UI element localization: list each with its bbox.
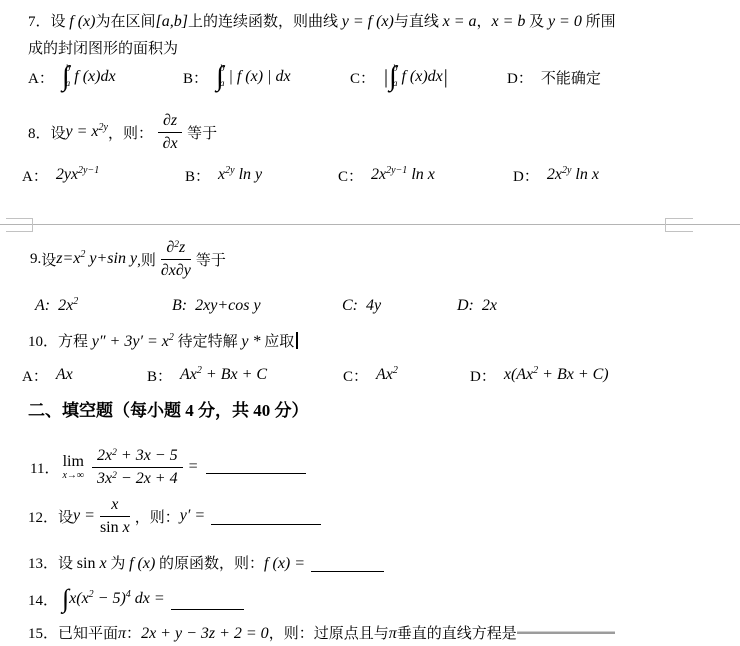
upper-limit: b [393, 65, 398, 75]
abs-bar: | [384, 66, 388, 89]
math-text: f (x) = [264, 555, 305, 572]
text: 设 [58, 506, 73, 527]
math-base: 3x [97, 470, 112, 487]
upper-limit: b [66, 65, 71, 75]
answer-blank [211, 524, 321, 525]
text: ，则： [108, 122, 153, 143]
option-label: A： [28, 67, 54, 88]
denominator: 3x2 − 2x + 4 [92, 468, 183, 488]
math-mid: − 5) [94, 590, 126, 607]
q9-option-b: B: 2xy+cos y [172, 293, 261, 319]
q15-stem: 15．已知平面π：2x + y − 3z + 2 = 0，则：过原点且与π垂直的… [28, 622, 615, 643]
abs-bar: | [444, 66, 448, 89]
denominator: ∂x∂y [161, 260, 191, 280]
q9-stem: 9. 设 z=x2 y+sin y ,则 ∂2z∂x∂y 等于 [30, 236, 226, 282]
q7-stem-line1: 7．设 f (x)为在区间[a,b]上的连续函数，则曲线 y = f (x)与直… [28, 10, 616, 31]
math-text: x = a [443, 13, 477, 30]
math-base: x [99, 555, 106, 572]
math-text: y = x2y [66, 123, 108, 141]
integral-limits: ba [66, 65, 71, 89]
fraction: ∂z∂x [158, 111, 182, 152]
math-text: 2x2y ln x [547, 166, 599, 184]
math-text: x2y ln y [218, 166, 262, 184]
text: 为 [107, 556, 130, 572]
math-text: x(x2 − 5)4 dx = [69, 590, 165, 608]
math-text: f (x) [129, 555, 155, 572]
text: ，则： [135, 506, 180, 527]
q10-option-c: C： Ax2 [343, 362, 398, 388]
numerator: x [100, 495, 130, 516]
text: ： [126, 626, 141, 642]
q8-option-c: C： 2x2y−1 ln x [338, 162, 435, 188]
lower-limit: a [66, 80, 71, 90]
option-label: A： [22, 365, 48, 386]
math-text: 4y [366, 297, 381, 315]
numerator: ∂z [158, 111, 182, 132]
math-text: f (x) [69, 13, 95, 30]
q9-number: 9. [30, 251, 41, 268]
superscript: 2 [533, 365, 538, 376]
math-text: z=x2 y+sin y [56, 250, 137, 268]
superscript: 2 [73, 296, 78, 307]
math-text: f (x)dx [74, 68, 115, 86]
text: 与直线 [394, 14, 443, 30]
q7-option-a: A： ∫ ba f (x)dx [28, 60, 116, 94]
math-tail: + 3x − 5 [117, 447, 178, 464]
superscript: 4 [126, 589, 131, 600]
math-text: sin x [77, 555, 107, 572]
superscript: 2y [99, 122, 108, 133]
q14-stem: 14． ∫ x(x2 − 5)4 dx = [28, 582, 244, 616]
option-label: D: [457, 297, 474, 315]
text: ,则 [137, 249, 156, 270]
text: 已知平面 [58, 626, 118, 642]
text: 成的封闭图形的面积为 [28, 41, 178, 57]
math-text: y * [241, 333, 260, 350]
math-base: Ax [56, 366, 73, 383]
section-2-heading: 二、填空题（每小题 4 分，共 40 分） [28, 396, 309, 421]
math-tail: + Bx + C) [538, 366, 608, 383]
q13-stem: 13．设 sin x 为 f (x) 的原函数，则：f (x) = [28, 552, 384, 573]
math-text: y = [73, 507, 95, 525]
text: 上的连续函数，则曲线 [188, 14, 342, 30]
answer-blank [311, 559, 384, 572]
lower-limit: a [393, 80, 398, 90]
option-label: C: [342, 297, 358, 315]
text: 及 [525, 14, 548, 30]
math-text: 2xy+cos y [195, 297, 260, 315]
option-label: D： [470, 365, 496, 386]
math-text: y = f (x) [342, 13, 394, 30]
math-base: x [123, 519, 130, 536]
q8-option-d: D： 2x2y ln x [513, 162, 599, 188]
answer-blank [206, 473, 306, 474]
math-tail: y+sin y [85, 250, 137, 267]
integral-limits: ba [220, 65, 225, 89]
text: ， [477, 14, 492, 30]
text: 垂直的直线方程是 [397, 626, 517, 642]
lower-limit: a [220, 80, 225, 90]
numerator: ∂2z [161, 238, 191, 259]
text: 应取 [260, 334, 294, 350]
math-base: 2x [547, 166, 562, 183]
q12-number: 12． [28, 506, 58, 527]
fraction: ∂2z∂x∂y [161, 238, 191, 279]
math-tail: z [179, 239, 185, 256]
upper-limit: b [220, 65, 225, 75]
math-text: [a,b] [156, 13, 188, 30]
math-text: x = b [492, 13, 526, 30]
text: 设 [51, 122, 66, 143]
integral-limits: ba [393, 65, 398, 89]
superscript: 2 [80, 249, 85, 260]
text: 待定特解 [174, 334, 242, 350]
math-base: y″ + 3y′ = x [92, 333, 169, 350]
text-cursor [296, 332, 298, 349]
math-text: 2x2y−1 ln x [371, 166, 435, 184]
math-text: | f (x) | dx [228, 68, 290, 86]
superscript: 2y [562, 165, 571, 176]
option-label: B： [185, 165, 210, 186]
math-base: 2x [371, 166, 386, 183]
lim-subscript: x→∞ [62, 471, 84, 481]
document-canvas[interactable]: 7．设 f (x)为在区间[a,b]上的连续函数，则曲线 y = f (x)与直… [0, 0, 740, 646]
q11-stem: 11． limx→∞ 2x2 + 3x − 53x2 − 2x + 4 = [30, 440, 306, 494]
math-base: 2x [97, 447, 112, 464]
math-base: Ax [376, 366, 393, 383]
superscript: 2y [225, 165, 234, 176]
q11-number: 11． [30, 457, 59, 478]
option-label: A： [22, 165, 48, 186]
option-label: A: [35, 297, 50, 315]
math-text: 2yx2y−1 [56, 166, 99, 184]
q8-option-b: B： x2y ln y [185, 162, 262, 188]
math-base: x(Ax [504, 366, 533, 383]
math-tail: ln y [235, 166, 263, 183]
text: 等于 [187, 122, 217, 143]
equals-sign: = [188, 458, 199, 476]
q10-number: 10． [28, 334, 58, 350]
math-base: 2yx [56, 166, 78, 183]
q8-option-a: A： 2yx2y−1 [22, 162, 99, 188]
page-margin-mark-right [665, 218, 693, 232]
q9-option-c: C: 4y [342, 293, 381, 319]
math-text: y = 0 [548, 13, 582, 30]
text: 所围 [582, 14, 616, 30]
superscript: 2 [174, 240, 179, 250]
text: 方程 [58, 334, 92, 350]
text: 设 [41, 249, 56, 270]
math-tail: + Bx + C [202, 366, 267, 383]
q7-option-b: B： ∫ ba | f (x) | dx [183, 60, 291, 94]
math-base: x(x [69, 590, 89, 607]
math-base: 4y [366, 297, 381, 314]
numerator: 2x2 + 3x − 5 [92, 446, 183, 467]
denominator: sin x [100, 517, 130, 537]
math-base: y = x [66, 123, 99, 140]
math-text: f (x)dx [401, 68, 442, 86]
math-base: 2x [482, 297, 497, 314]
q7-number: 7． [28, 14, 51, 30]
math-text: x(Ax2 + Bx + C) [504, 366, 609, 384]
math-text: π [389, 625, 397, 642]
text: 为在区间 [95, 14, 155, 30]
q7-stem-line2: 成的封闭图形的面积为 [28, 37, 178, 58]
math-text: Ax2 [376, 366, 398, 384]
superscript: 2y−1 [78, 165, 99, 176]
math-text: Ax [56, 366, 73, 384]
fraction: 2x2 + 3x − 53x2 − 2x + 4 [92, 446, 183, 487]
q10-option-a: A： Ax [22, 362, 73, 388]
answer-blank [171, 609, 244, 610]
function-name: sin [77, 555, 100, 572]
q10-option-d: D： x(Ax2 + Bx + C) [470, 362, 609, 388]
math-text: Ax2 + Bx + C [180, 366, 267, 384]
math-tail: − 2x + 4 [117, 470, 178, 487]
math-text: π [118, 625, 126, 642]
math-text: 2x2 [58, 297, 78, 315]
superscript: 2 [197, 365, 202, 376]
lim-word: lim [62, 454, 84, 470]
option-label: D： [507, 67, 533, 88]
math-tail: ln x [571, 166, 599, 183]
option-label: B： [183, 67, 208, 88]
option-label: C： [338, 165, 363, 186]
math-text: y′ = [180, 507, 205, 525]
q8-stem: 8． 设 y = x2y ，则： ∂z∂x 等于 [28, 110, 217, 154]
option-text: 不能确定 [541, 67, 601, 88]
text: ，则：过原点且与 [269, 626, 389, 642]
superscript: 2 [169, 332, 174, 343]
q13-number: 13． [28, 556, 58, 572]
superscript: 2 [112, 471, 117, 481]
option-label: D： [513, 165, 539, 186]
page-break-line [0, 224, 740, 225]
superscript: 2 [112, 448, 117, 458]
q7-option-c: C： | ∫ ba f (x)dx | [350, 60, 449, 94]
q9-option-a: A: 2x2 [35, 293, 78, 319]
q7-option-d: D： 不能确定 [507, 60, 601, 94]
option-label: B: [172, 297, 187, 315]
text: 的原函数，则： [155, 556, 264, 572]
math-base: Ax [180, 366, 197, 383]
math-text: y″ + 3y′ = x2 [92, 333, 174, 350]
page-margin-mark-left [6, 218, 33, 232]
section-title: 二、填空题（每小题 4 分，共 40 分） [28, 401, 309, 420]
q10-option-b: B： Ax2 + Bx + C [147, 362, 267, 388]
text: 等于 [196, 249, 226, 270]
option-label: C： [343, 365, 368, 386]
q12-stem: 12． 设 y = xsin x ，则： y′ = [28, 498, 321, 534]
math-base: z=x [56, 250, 80, 267]
q10-stem: 10．方程 y″ + 3y′ = x2 待定特解 y * 应取 [28, 330, 298, 351]
math-tail: dx = [131, 590, 165, 607]
superscript: 2 [89, 589, 94, 600]
option-label: B： [147, 365, 172, 386]
fraction: xsin x [100, 495, 130, 536]
math-text: 2x + y − 3z + 2 = 0 [141, 625, 269, 642]
denominator: ∂x [158, 133, 182, 153]
math-text: 2x [482, 297, 497, 315]
superscript: 2y−1 [386, 165, 407, 176]
q14-number: 14． [28, 589, 58, 610]
option-label: C： [350, 67, 375, 88]
q9-option-d: D: 2x [457, 293, 497, 319]
limit-operator: limx→∞ [62, 454, 84, 481]
text: 设 [51, 14, 70, 30]
answer-rule [517, 631, 615, 634]
q15-number: 15． [28, 626, 58, 642]
superscript: 2 [393, 365, 398, 376]
math-base: 2xy+cos y [195, 297, 260, 314]
q8-number: 8． [28, 122, 51, 143]
math-base: 2x [58, 297, 73, 314]
function-name: sin [100, 519, 123, 536]
text: 设 [58, 556, 77, 572]
math-tail: ln x [407, 166, 435, 183]
